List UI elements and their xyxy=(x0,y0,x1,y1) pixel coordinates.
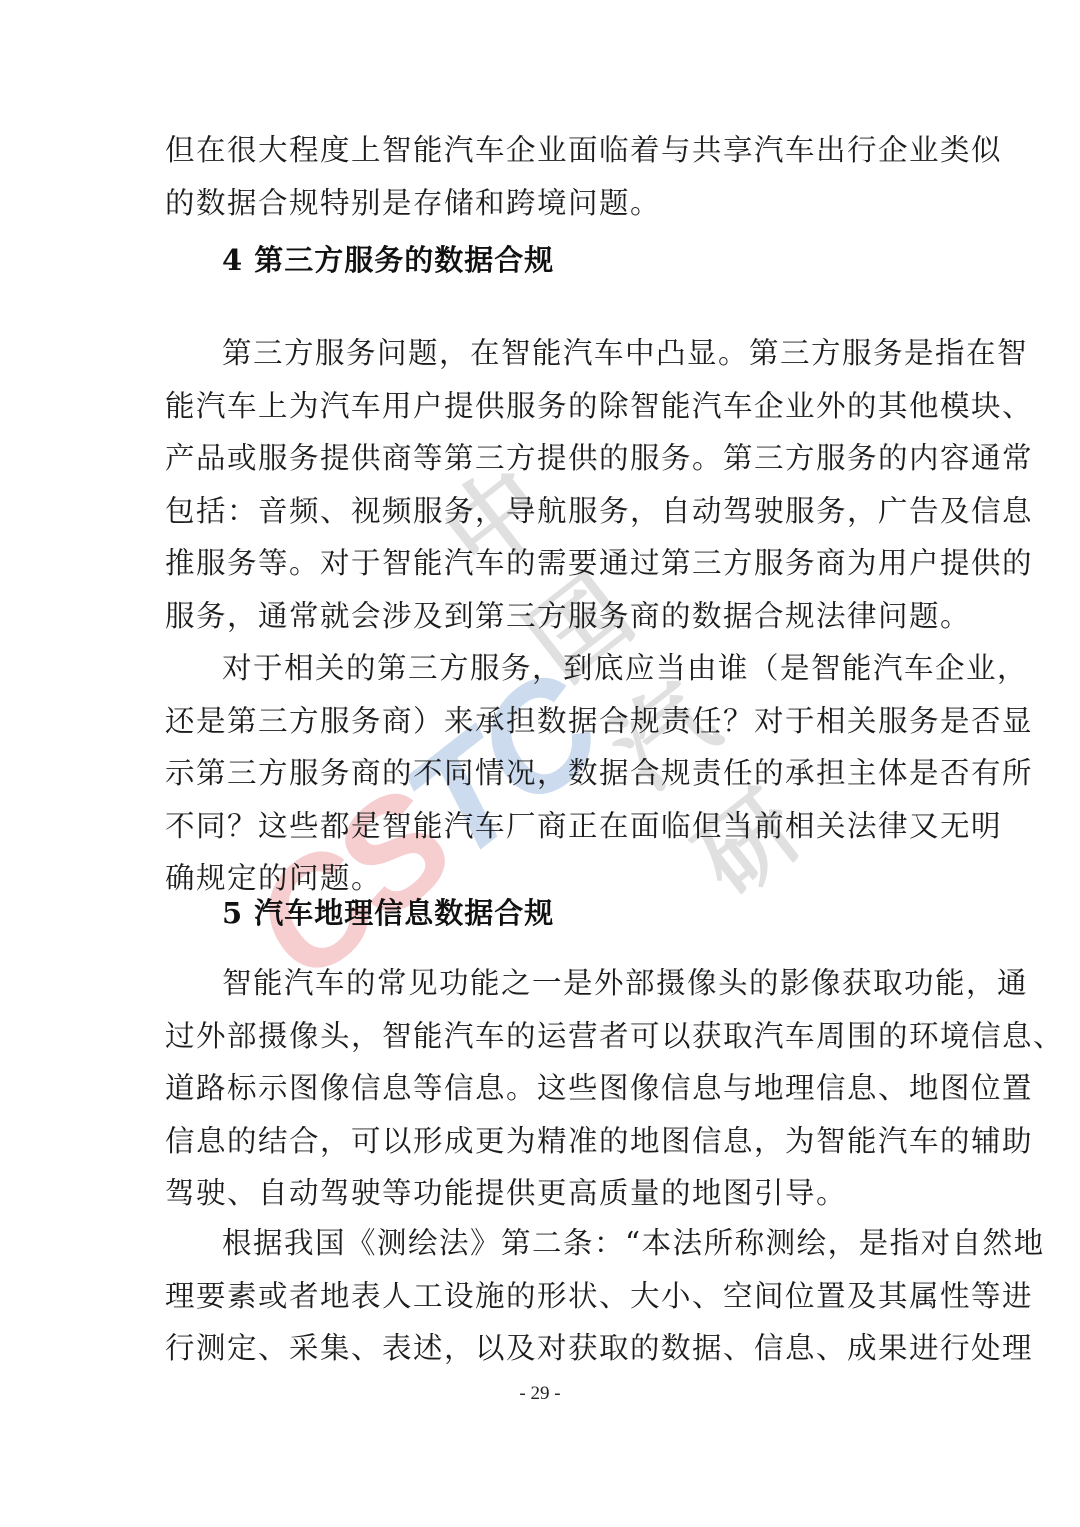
text-line: 行测定、采集、表述，以及对获取的数据、信息、成果进行处理 xyxy=(165,1322,925,1375)
text-line: 示第三方服务商的不同情况，数据合规责任的承担主体是否有所 xyxy=(165,747,925,800)
text-line: 驾驶、自动驾驶等功能提供更高质量的地图引导。 xyxy=(165,1167,925,1220)
text-line: 还是第三方服务商）来承担数据合规责任？对于相关服务是否显 xyxy=(165,695,925,748)
text-line: 信息的结合，可以形成更为精准的地图信息，为智能汽车的辅助 xyxy=(165,1115,925,1168)
text-line: 对于相关的第三方服务，到底应当由谁（是智能汽车企业， xyxy=(165,642,925,695)
page-number: - 29 - xyxy=(0,1383,1080,1405)
text-line: 理要素或者地表人工设施的形状、大小、空间位置及其属性等进 xyxy=(165,1270,925,1323)
text-line: 根据我国《测绘法》第二条：“本法所称测绘，是指对自然地 xyxy=(165,1217,925,1270)
text-line: 不同？这些都是智能汽车厂商正在面临但当前相关法律又无明 xyxy=(165,800,925,853)
paragraph-camera-geodata: 智能汽车的常见功能之一是外部摄像头的影像获取功能，通 过外部摄像头，智能汽车的运… xyxy=(165,957,925,1220)
text-line: 能汽车上为汽车用户提供服务的除智能汽车企业外的其他模块、 xyxy=(165,380,925,433)
text-line: 产品或服务提供商等第三方提供的服务。第三方服务的内容通常 xyxy=(165,432,925,485)
section-heading-4: 4 第三方服务的数据合规 xyxy=(222,238,554,279)
document-page: CS TC 中国汽研 但在很大程度上智能汽车企业面临着与共享汽车出行企业类似 的… xyxy=(0,0,1080,1527)
paragraph-third-party-intro: 第三方服务问题，在智能汽车中凸显。第三方服务是指在智 能汽车上为汽车用户提供服务… xyxy=(165,327,925,642)
text-line: 智能汽车的常见功能之一是外部摄像头的影像获取功能，通 xyxy=(165,957,925,1010)
paragraph-continuation: 但在很大程度上智能汽车企业面临着与共享汽车出行企业类似 的数据合规特别是存储和跨… xyxy=(165,124,925,229)
text-line: 的数据合规特别是存储和跨境问题。 xyxy=(165,177,925,230)
text-line: 但在很大程度上智能汽车企业面临着与共享汽车出行企业类似 xyxy=(165,124,925,177)
text-line: 包括：音频、视频服务，导航服务，自动驾驶服务，广告及信息 xyxy=(165,485,925,538)
paragraph-third-party-responsibility: 对于相关的第三方服务，到底应当由谁（是智能汽车企业， 还是第三方服务商）来承担数… xyxy=(165,642,925,905)
text-line: 推服务等。对于智能汽车的需要通过第三方服务商为用户提供的 xyxy=(165,537,925,590)
text-line: 第三方服务问题，在智能汽车中凸显。第三方服务是指在智 xyxy=(165,327,925,380)
section-heading-5: 5 汽车地理信息数据合规 xyxy=(222,891,554,932)
text-line: 道路标示图像信息等信息。这些图像信息与地理信息、地图位置 xyxy=(165,1062,925,1115)
paragraph-surveying-law: 根据我国《测绘法》第二条：“本法所称测绘，是指对自然地 理要素或者地表人工设施的… xyxy=(165,1217,925,1375)
text-line: 过外部摄像头，智能汽车的运营者可以获取汽车周围的环境信息、 xyxy=(165,1010,925,1063)
text-line: 服务，通常就会涉及到第三方服务商的数据合规法律问题。 xyxy=(165,590,925,643)
